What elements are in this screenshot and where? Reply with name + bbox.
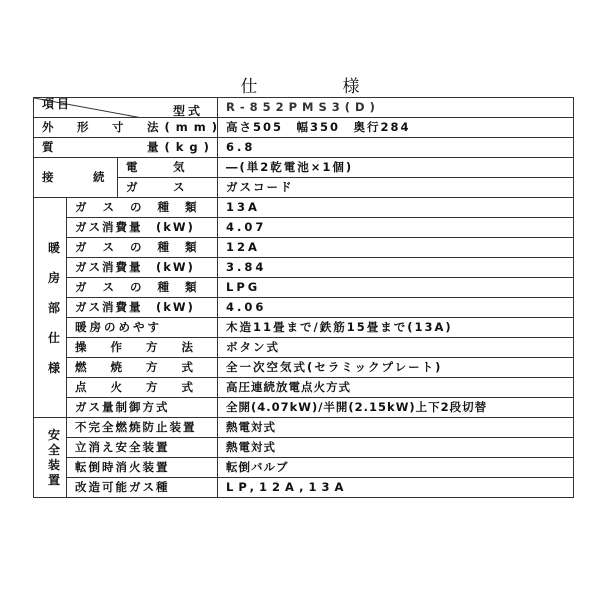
- row-value: 高圧連続放電点火方式: [218, 378, 574, 398]
- row-label: ガ ス: [118, 178, 218, 198]
- row-value: 高さ505 幅350 奥行284: [218, 118, 574, 138]
- row-value: 木造11畳まで/鉄筋15畳まで(13A): [218, 318, 574, 338]
- row-label: 不完全燃焼防止装置: [67, 418, 218, 438]
- table-row: 転倒時消火装置 転倒バルブ: [34, 458, 574, 478]
- row-label: 操 作 方 法: [67, 338, 218, 358]
- row-value: 4.06: [218, 298, 574, 318]
- row-value: 3.84: [218, 258, 574, 278]
- row-value: LP,12A,13A: [218, 478, 574, 498]
- row-label: ガス消費量 (kW): [67, 298, 218, 318]
- row-value: LPG: [218, 278, 574, 298]
- table-row: ガ ス の 種 類 LPG: [34, 278, 574, 298]
- item-column-label: 項目: [42, 98, 72, 115]
- row-label: ガ ス の 種 類: [67, 238, 218, 258]
- table-row: ガス量制御方式 全開(4.07kW)/半開(2.15kW)上下2段切替: [34, 398, 574, 418]
- row-label: 立消え安全装置: [67, 438, 218, 458]
- table-row: 点 火 方 式 高圧連続放電点火方式: [34, 378, 574, 398]
- table-row: 立消え安全装置 熱電対式: [34, 438, 574, 458]
- model-number: R-852PMS3(D): [218, 98, 574, 118]
- table-row: 暖 房 部 仕 様 ガ ス の 種 類 13A: [34, 198, 574, 218]
- row-label: 外 形 寸 法(mm): [34, 118, 218, 138]
- row-value: ボタン式: [218, 338, 574, 358]
- connection-label: 接 続: [34, 158, 118, 198]
- spec-table: 型式 項目 R-852PMS3(D) 外 形 寸 法(mm) 高さ505 幅35…: [33, 97, 574, 498]
- row-value: 6.8: [218, 138, 574, 158]
- row-value: ガスコード: [218, 178, 574, 198]
- table-row: 暖房のめやす 木造11畳まで/鉄筋15畳まで(13A): [34, 318, 574, 338]
- row-label: 転倒時消火装置: [67, 458, 218, 478]
- header-row: 型式 項目 R-852PMS3(D): [34, 98, 574, 118]
- row-value: 全一次空気式(セラミックプレート): [218, 358, 574, 378]
- table-row: 安 全 装 置 不完全燃焼防止装置 熱電対式: [34, 418, 574, 438]
- table-row: 燃 焼 方 式 全一次空気式(セラミックプレート): [34, 358, 574, 378]
- row-label: 改造可能ガス種: [67, 478, 218, 498]
- table-row: ガ ス の 種 類 12A: [34, 238, 574, 258]
- row-label: ガス消費量 (kW): [67, 258, 218, 278]
- table-row: 操 作 方 法 ボタン式: [34, 338, 574, 358]
- row-value: 13A: [218, 198, 574, 218]
- safety-group-label: 安 全 装 置: [34, 418, 67, 498]
- row-label: 質 量(kg): [34, 138, 218, 158]
- table-row: 接 続 電 気 ―(単2乾電池×1個): [34, 158, 574, 178]
- row-label: ガス量制御方式: [67, 398, 218, 418]
- row-label: 暖房のめやす: [67, 318, 218, 338]
- header-diagonal-cell: 型式 項目: [34, 98, 218, 118]
- row-label: 電 気: [118, 158, 218, 178]
- heating-group-label: 暖 房 部 仕 様: [34, 198, 67, 418]
- table-row: ガス消費量 (kW) 4.07: [34, 218, 574, 238]
- row-label: 燃 焼 方 式: [67, 358, 218, 378]
- row-label: ガ ス の 種 類: [67, 198, 218, 218]
- table-row: ガス消費量 (kW) 3.84: [34, 258, 574, 278]
- row-value: 全開(4.07kW)/半開(2.15kW)上下2段切替: [218, 398, 574, 418]
- row-label: 点 火 方 式: [67, 378, 218, 398]
- row-label: ガ ス の 種 類: [67, 278, 218, 298]
- row-value: 4.07: [218, 218, 574, 238]
- model-column-label: 型式: [173, 102, 203, 118]
- row-value: 熱電対式: [218, 418, 574, 438]
- row-value: 転倒バルブ: [218, 458, 574, 478]
- table-row: 外 形 寸 法(mm) 高さ505 幅350 奥行284: [34, 118, 574, 138]
- page-title: 仕 様: [0, 72, 600, 97]
- row-value: ―(単2乾電池×1個): [218, 158, 574, 178]
- table-row: 質 量(kg) 6.8: [34, 138, 574, 158]
- table-row: 改造可能ガス種 LP,12A,13A: [34, 478, 574, 498]
- table-row: ガス消費量 (kW) 4.06: [34, 298, 574, 318]
- row-label: ガス消費量 (kW): [67, 218, 218, 238]
- row-value: 12A: [218, 238, 574, 258]
- row-value: 熱電対式: [218, 438, 574, 458]
